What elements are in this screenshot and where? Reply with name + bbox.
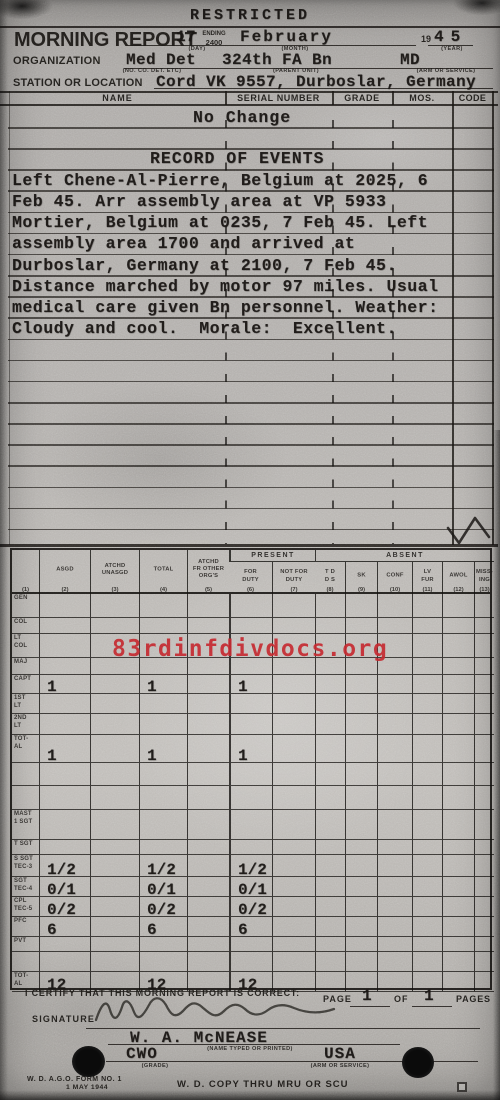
stat-row-label: 1ST LT [14,695,26,711]
arm-sub-label: (ARM OR SERVICE) [300,1064,380,1070]
stat-column-header: AWOL(12) [442,562,474,594]
stat-cell [187,855,229,877]
stat-cell [412,594,442,618]
stat-cell [90,675,139,694]
stat-cell [377,917,412,937]
stat-cell [345,897,377,917]
date-year-printed: 19 [421,35,431,44]
stat-row-label-cell: LT COL [12,634,39,658]
ruled-line [8,402,494,404]
stat-cell [39,634,90,658]
stat-column-header: FOR DUTY(6) [229,562,272,594]
stat-cell [187,694,229,714]
stat-cell [315,694,345,714]
stat-cell [345,714,377,735]
date-year-typed: 45 [434,29,467,45]
stat-cell [315,897,345,917]
event-line: Cloudy and cool. Morale: Excellent. [12,321,397,338]
stat-cell [412,877,442,897]
stat-row-label-cell: MAJ [12,658,39,675]
stat-cell [139,763,187,786]
stat-cell [412,763,442,786]
stat-cell [187,763,229,786]
stat-cell [474,786,494,810]
stat-column-header: NOT FOR DUTY(7) [272,562,315,594]
stat-cell [474,952,494,972]
stat-cell [442,735,474,763]
stat-cell [377,735,412,763]
stat-cell [377,937,412,952]
grade-sub-label: (GRADE) [120,1064,190,1070]
stat-cell [39,658,90,675]
stat-cell [229,694,272,714]
stat-cell [377,810,412,840]
stat-cell [412,917,442,937]
morning-report-scanned-form: RESTRICTED MORNING REPORT ENDING 2400 17… [0,0,500,1100]
stat-cell [412,937,442,952]
present-group-header: PRESENT [229,550,315,562]
stat-cell [272,952,315,972]
footer-checkbox [457,1082,467,1092]
stat-cell [377,714,412,735]
arm-value: USA [324,1046,356,1062]
stat-cell [39,694,90,714]
stat-cell [39,594,90,618]
stat-cell [315,735,345,763]
of-label: OF [394,995,409,1004]
stat-cell [39,952,90,972]
ruled-line [8,444,494,446]
roster-col-name: NAME [10,94,225,103]
stat-cell: 1 [229,735,272,763]
stat-cell [272,618,315,634]
punch-hole-left [72,1046,105,1077]
event-line: Left Chene-Al-Pierre, Belgium at 2025, 6 [12,173,428,190]
stat-column-label: FOR DUTY [229,569,272,583]
stat-cell [412,855,442,877]
punch-hole-right [402,1047,434,1078]
stat-column-label: AWOL [443,573,474,580]
stat-cell: 1/2 [139,855,187,877]
stat-cell [39,840,90,855]
stat-cell [272,810,315,840]
event-line: Mortier, Belgium at 0235, 7 Feb 45. Left [12,215,428,232]
stat-cell [474,714,494,735]
stat-cell [412,618,442,634]
stat-cell [412,694,442,714]
stat-cell [377,594,412,618]
stat-cell [229,618,272,634]
stat-cell [187,897,229,917]
stat-cell [345,618,377,634]
stat-row-label-cell: PFC [12,917,39,937]
stat-row-label: MAST 1 SGT [14,811,32,827]
stat-cell [474,763,494,786]
roster-header-bottom-rule [0,104,498,106]
stat-cell [229,810,272,840]
stat-cell [187,675,229,694]
stat-row-label-cell: MAST 1 SGT [12,810,39,840]
stat-cell [377,897,412,917]
stat-row-label: S SGT TEC-3 [14,856,33,872]
stat-row-label-cell: T SGT [12,840,39,855]
stat-column-label: ASGD [40,566,90,573]
stat-column-label: ATCHD UNASGD [91,563,139,577]
grade-value: CWO [126,1046,158,1062]
stat-cell [139,618,187,634]
stat-cell [377,763,412,786]
stat-cell [272,714,315,735]
station-value: Cord VK 9557, Durboslar, Germany [156,74,476,90]
stat-cell [187,952,229,972]
stat-cell [272,735,315,763]
date-month-value: February [240,29,333,45]
stat-cell [39,763,90,786]
stat-cell [412,658,442,675]
organization-label: ORGANIZATION [13,56,101,67]
stat-cell [315,952,345,972]
parent-unit-value: 324th FA Bn [222,52,332,68]
stat-cell [377,694,412,714]
stat-cell [442,897,474,917]
stat-cell [187,735,229,763]
stat-cell [474,917,494,937]
stat-column-label: CONF [378,573,412,580]
stat-cell [442,952,474,972]
stat-cell [272,763,315,786]
stat-cell [272,594,315,618]
stat-column-header: ATCHD FR OTHER ORG'S(5) [187,550,229,594]
stat-cell [345,877,377,897]
stat-cell [315,675,345,694]
stat-row-label: CAPT [14,676,31,684]
stat-cell [345,855,377,877]
stat-cell [187,618,229,634]
stat-cell [90,855,139,877]
stat-cell [442,714,474,735]
stat-cell [90,897,139,917]
stat-row-label-cell: 2ND LT [12,714,39,735]
stat-row-label: LT COL [14,635,27,651]
form-left-border [9,91,10,545]
stat-cell [90,810,139,840]
stat-row-label-cell: CAPT [12,675,39,694]
stat-cell [315,855,345,877]
stat-cell: 1 [39,675,90,694]
stat-row-label-cell [12,763,39,786]
stat-row-label-cell: CPL TEC-5 [12,897,39,917]
stat-cell [139,594,187,618]
stat-cell [412,714,442,735]
stat-cell [377,972,412,992]
event-line: Feb 45. Arr assembly area at VP 5933 [12,194,386,211]
stat-cell [315,714,345,735]
stat-cell [474,618,494,634]
stat-cell [187,917,229,937]
stat-cell [412,634,442,658]
ruled-line [8,339,494,341]
event-line: assembly area 1700 and arrived at [12,236,355,253]
form-number: W. D. A.G.O. FORM NO. 1 [27,1076,122,1083]
roster-col-grade: GRADE [332,94,392,103]
stat-cell [345,937,377,952]
stat-row-label: T SGT [14,841,33,849]
stat-cell [474,855,494,877]
stat-cell [412,735,442,763]
stat-cell [315,618,345,634]
classification-stamp: RESTRICTED [0,8,500,23]
stat-cell [315,917,345,937]
ruled-line [8,423,494,425]
stat-cell [272,786,315,810]
stat-cell [139,937,187,952]
stat-cell [377,675,412,694]
pages-label: PAGES [456,995,491,1004]
stat-cell [442,658,474,675]
stat-cell [187,877,229,897]
stat-cell: 0/2 [229,897,272,917]
stat-cell [442,840,474,855]
stat-cell: 1 [139,735,187,763]
stat-cell [345,786,377,810]
stat-cell [272,937,315,952]
stat-cell [139,840,187,855]
typed-name: W. A. McNEASE [130,1030,268,1046]
stat-cell [442,618,474,634]
paper-blotch [30,380,290,540]
stat-cell [377,618,412,634]
pages-total-value: 1 [424,988,434,1004]
stat-cell [442,594,474,618]
stat-column-header: ATCHD UNASGD(3) [90,550,139,594]
stat-cell [442,972,474,992]
ruled-line [8,381,494,383]
stat-cell [229,786,272,810]
stat-cell [377,840,412,855]
stat-cell: 0/1 [139,877,187,897]
stat-cell [90,694,139,714]
photo-edge-shadow [0,0,8,1100]
event-line: Durboslar, Germany at 2100, 7 Feb 45. [12,258,397,275]
roster-col-mos: MOS. [392,94,452,103]
stat-cell: 6 [39,917,90,937]
stat-cell: 1 [139,675,187,694]
stat-cell [345,694,377,714]
date-day-value: 17 [176,29,196,45]
stat-cell [187,786,229,810]
stat-cell [90,877,139,897]
stat-cell [474,694,494,714]
stat-cell [315,840,345,855]
stat-cell [442,675,474,694]
stat-column-label: ATCHD FR OTHER ORG'S [188,559,229,581]
ruled-line [8,360,494,362]
stat-row-label-cell: GEN [12,594,39,618]
ruled-line [8,529,494,531]
ending-label: ENDING [196,31,232,37]
event-line: medical care given Bn personnel. Weather… [12,300,438,317]
stat-column-header: MISS- ING(13) [474,562,494,594]
stat-cell [345,810,377,840]
stat-cell: 6 [139,917,187,937]
stat-column-label: T D D S [315,569,345,583]
stat-cell [187,840,229,855]
copy-routing-note: W. D. COPY THRU MRU OR SCU [177,1080,349,1090]
stat-row-label: COL [14,619,27,627]
stat-column-label: MISS- ING [475,569,494,583]
handwritten-signature [88,992,343,1030]
stat-cell: 1/2 [229,855,272,877]
stat-row-label: TOT- AL [14,736,28,752]
stat-cell [229,952,272,972]
stat-cell [229,594,272,618]
roster-col-serial: SERIAL NUMBER [225,94,332,103]
stat-cell [412,786,442,810]
stat-cell [474,877,494,897]
stat-row-label-cell: S SGT TEC-3 [12,855,39,877]
stat-cell [315,763,345,786]
stat-cell [474,810,494,840]
stat-cell [474,972,494,992]
stat-cell [345,594,377,618]
handwritten-checkmark [444,514,496,548]
stat-cell: 0/2 [39,897,90,917]
stat-cell: 6 [229,917,272,937]
stat-cell [377,855,412,877]
stat-cell [412,810,442,840]
stat-column-header: SK(9) [345,562,377,594]
photo-edge-shadow [493,430,500,1100]
code-column-line [452,91,454,545]
stat-cell [39,618,90,634]
stat-row-label-cell: TOT- AL [12,735,39,763]
roster-col-code: CODE [452,94,493,103]
watermark-text: 83rdinfdivdocs.org [112,636,388,662]
stat-cell [272,694,315,714]
stat-cell [229,840,272,855]
stat-cell: 1/2 [39,855,90,877]
stat-cell [187,714,229,735]
stat-column-header: T D D S(8) [315,562,345,594]
stat-cell [272,917,315,937]
stat-cell [90,735,139,763]
stat-cell: 1 [229,675,272,694]
stat-cell [187,937,229,952]
photo-edge-shadow [0,1090,500,1100]
stat-cell [377,952,412,972]
stat-cell [474,675,494,694]
stat-cell [139,786,187,810]
stat-row-label-cell: COL [12,618,39,634]
stat-cell [412,952,442,972]
ruled-line [8,487,494,489]
stat-cell [90,952,139,972]
organization-value: Med Det [126,52,196,68]
record-of-events-title: RECORD OF EVENTS [150,151,324,168]
stat-cell [474,840,494,855]
stat-cell: 0/2 [139,897,187,917]
stat-cell [412,840,442,855]
stat-cell [229,763,272,786]
stat-cell [377,786,412,810]
stat-row-label: CPL TEC-5 [14,898,32,914]
stat-cell [39,937,90,952]
stat-cell [377,877,412,897]
stat-cell [442,855,474,877]
ruled-line [8,127,494,129]
stat-cell [442,917,474,937]
stat-cell [474,634,494,658]
stat-row-label: GEN [14,595,28,603]
stat-cell: 1 [39,735,90,763]
stat-cell [442,634,474,658]
page-underline [350,1006,390,1007]
stat-cell [90,786,139,810]
stat-cell [229,937,272,952]
stat-row-label-cell [12,952,39,972]
stat-cell [39,786,90,810]
stat-cell [442,763,474,786]
form-title: MORNING REPORT [14,30,197,50]
stat-cell [345,675,377,694]
stat-cell: 0/1 [229,877,272,897]
stat-cell [90,594,139,618]
stat-cell [474,658,494,675]
stat-row-label-cell: PVT [12,937,39,952]
signature-label: SIGNATURE [32,1015,95,1024]
stat-cell [272,877,315,897]
stat-cell [442,877,474,897]
stat-row-label-cell [12,786,39,810]
page-number-value: 1 [362,988,372,1004]
stat-column-header: TOTAL(4) [139,550,187,594]
stat-cell [315,937,345,952]
stat-cell [474,937,494,952]
stat-cell [442,937,474,952]
pages-underline [412,1006,452,1007]
stat-cell [315,972,345,992]
stat-cell [345,972,377,992]
stat-cell [474,594,494,618]
stat-cell [272,897,315,917]
stat-cell [315,594,345,618]
stat-column-header: (1) [12,550,39,594]
strength-table: PRESENTABSENT(1)ASGD(2)ATCHD UNASGD(3)TO… [10,548,492,990]
stat-row-label-cell: 1ST LT [12,694,39,714]
stat-cell [345,917,377,937]
stat-cell: 0/1 [39,877,90,897]
arm-service-value: MD [400,52,420,68]
stat-row-label: PFC [14,918,27,926]
stat-cell [90,937,139,952]
ruled-line [8,508,494,510]
stat-column-header: ASGD(2) [39,550,90,594]
stat-cell [412,897,442,917]
no-change-entry: No Change [193,110,291,127]
typed-name-sub-label: (NAME TYPED OR PRINTED) [175,1047,325,1053]
stat-cell [139,714,187,735]
stat-cell [345,840,377,855]
stat-cell [345,952,377,972]
stat-column-header: CONF(10) [377,562,412,594]
stat-cell [474,735,494,763]
stat-row-label: PVT [14,938,26,946]
stat-cell [90,763,139,786]
stat-cell [139,810,187,840]
stat-cell [90,840,139,855]
stat-cell [442,810,474,840]
stat-column-label: NOT FOR DUTY [273,569,315,583]
